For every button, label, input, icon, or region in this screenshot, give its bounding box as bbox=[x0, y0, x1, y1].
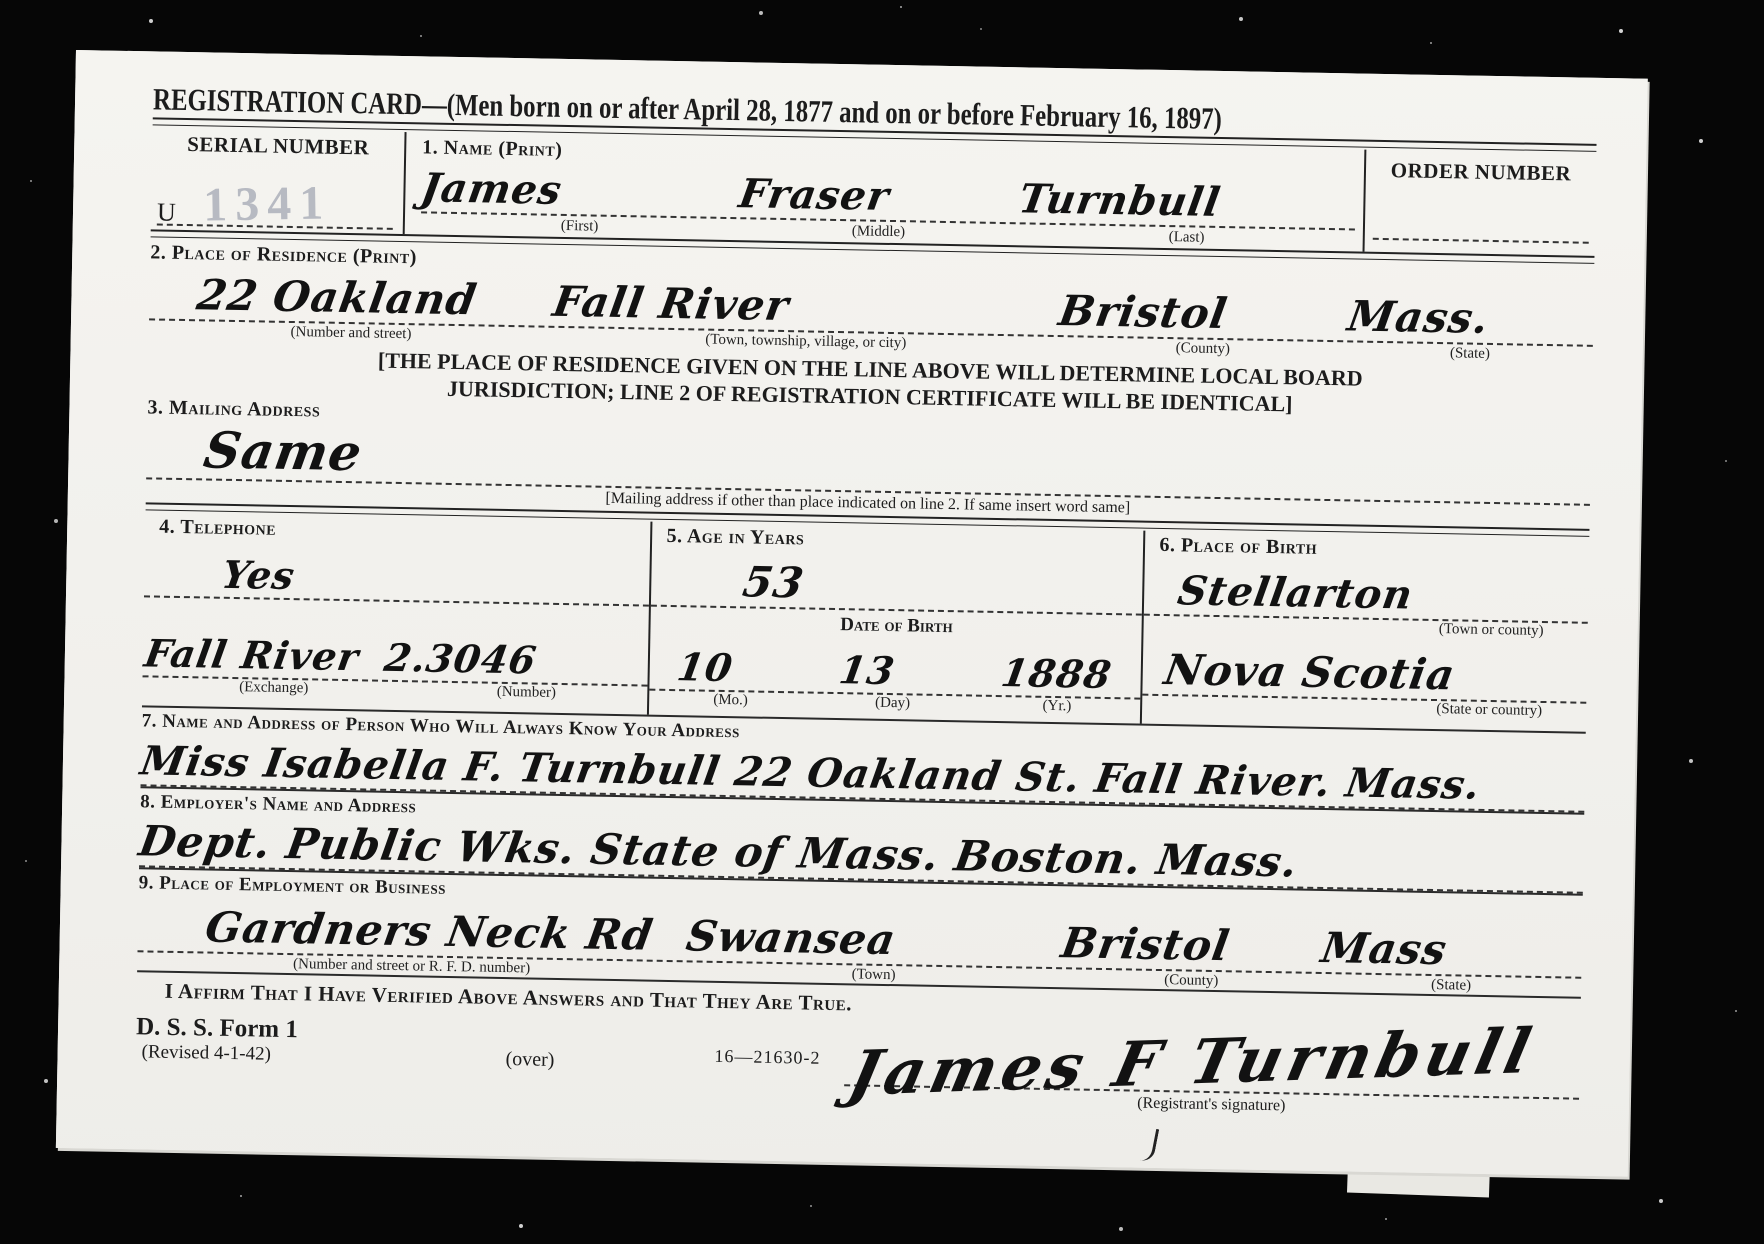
date-of-birth-values: 10 13 1888 bbox=[650, 644, 1142, 698]
card-content: REGISTRATION CARD—(Men born on or after … bbox=[56, 50, 1648, 1177]
handwritten-street: 22 Oakland bbox=[194, 270, 558, 325]
month-sublabel: (Mo.) bbox=[649, 691, 811, 718]
scanned-page: REGISTRATION CARD—(Men born on or after … bbox=[0, 0, 1764, 1244]
handwritten-last-name: Turnbull bbox=[1015, 175, 1359, 228]
telephone-answer-line: Yes bbox=[144, 541, 650, 606]
over-note: (over) bbox=[505, 1048, 555, 1102]
date-of-birth-line: 10 13 1888 bbox=[650, 637, 1142, 700]
handwritten-first-name: James bbox=[418, 164, 743, 217]
handwritten-birth-state: Nova Scotia bbox=[1161, 645, 1459, 699]
signature-line: James F Turnbull bbox=[844, 1026, 1580, 1099]
handwritten-town: Fall River bbox=[550, 277, 1063, 335]
print-code: 16—21630-2 bbox=[714, 1046, 821, 1107]
serial-number-box: SERIAL NUMBER U 1341 bbox=[151, 127, 405, 234]
form-revision: (Revised 4-1-42) bbox=[135, 1041, 395, 1068]
handwritten-telephone-answer: Yes bbox=[219, 552, 299, 598]
number-sublabel: (Number) bbox=[405, 682, 648, 710]
name-box: 1. Name (Print) James Fraser Turnbull (F… bbox=[403, 132, 1367, 252]
order-number-line bbox=[1373, 238, 1589, 244]
telephone-column: 4. Telephone Yes Fall River 2.3046 (Exch… bbox=[142, 512, 651, 714]
film-speckles bbox=[0, 0, 2, 2]
signature-tail-stroke bbox=[1140, 1127, 1159, 1163]
order-number-box: ORDER NUMBER bbox=[1365, 150, 1597, 256]
handwritten-county: Bristol bbox=[1055, 286, 1352, 340]
age-entry-line: 53 bbox=[651, 551, 1143, 616]
telephone-number-line: Fall River 2.3046 bbox=[143, 623, 649, 686]
handwritten-middle-name: Fraser bbox=[735, 170, 1023, 222]
middle-grid: 4. Telephone Yes Fall River 2.3046 (Exch… bbox=[142, 512, 1589, 731]
handwritten-mailing-address: Same bbox=[200, 421, 367, 483]
handwritten-employment-town: Swansea bbox=[683, 911, 1066, 967]
footer-row: D. S. S. Form 1 (Revised 4-1-42) (over) … bbox=[135, 1013, 1580, 1120]
serial-prefix: U bbox=[157, 198, 176, 228]
order-number-label: ORDER NUMBER bbox=[1366, 158, 1596, 187]
serial-number-label: SERIAL NUMBER bbox=[152, 131, 404, 161]
birthplace-column: 6. Place of Birth Stellarton (Town or co… bbox=[1142, 531, 1589, 732]
handwritten-birth-day: 13 bbox=[837, 647, 978, 694]
state-sublabel: (State) bbox=[1347, 343, 1593, 364]
signature-block: James F Turnbull (Registrant's signature… bbox=[844, 1026, 1581, 1120]
handwritten-state: Mass. bbox=[1344, 291, 1597, 344]
exchange-sublabel: (Exchange) bbox=[142, 677, 405, 706]
registration-card: REGISTRATION CARD—(Men born on or after … bbox=[56, 50, 1648, 1177]
handwritten-birth-town: Stellarton bbox=[1175, 567, 1417, 618]
handwritten-birth-year: 1888 bbox=[999, 650, 1145, 697]
handwritten-employment-county: Bristol bbox=[1058, 918, 1326, 972]
middle-sublabel: (Middle) bbox=[738, 221, 1018, 243]
handwritten-exchange: Fall River bbox=[141, 630, 362, 679]
age-column: 5. Age in Years 53 Date of Birth 10 13 1… bbox=[647, 522, 1145, 724]
birthplace-town-line: Stellarton bbox=[1144, 560, 1589, 624]
form-id-block: D. S. S. Form 1 (Revised 4-1-42) bbox=[135, 1013, 396, 1099]
handwritten-phone-number: 2.3046 bbox=[381, 635, 540, 683]
year-sublabel: (Yr.) bbox=[973, 697, 1140, 724]
handwritten-birth-month: 10 bbox=[675, 644, 816, 691]
handwritten-employment-state: Mass bbox=[1318, 923, 1586, 977]
birthplace-state-line: Nova Scotia bbox=[1143, 642, 1588, 704]
last-sublabel: (Last) bbox=[1018, 226, 1354, 249]
handwritten-age: 53 bbox=[740, 557, 808, 607]
name-label: 1. Name (Print) bbox=[422, 136, 563, 161]
serial-number-stamp: 1341 bbox=[203, 175, 332, 232]
first-sublabel: (First) bbox=[421, 215, 739, 238]
handwritten-signature: James F Turnbull bbox=[842, 1014, 1542, 1109]
handwritten-employment-street: Gardners Neck Rd bbox=[202, 903, 690, 961]
day-sublabel: (Day) bbox=[811, 694, 973, 721]
